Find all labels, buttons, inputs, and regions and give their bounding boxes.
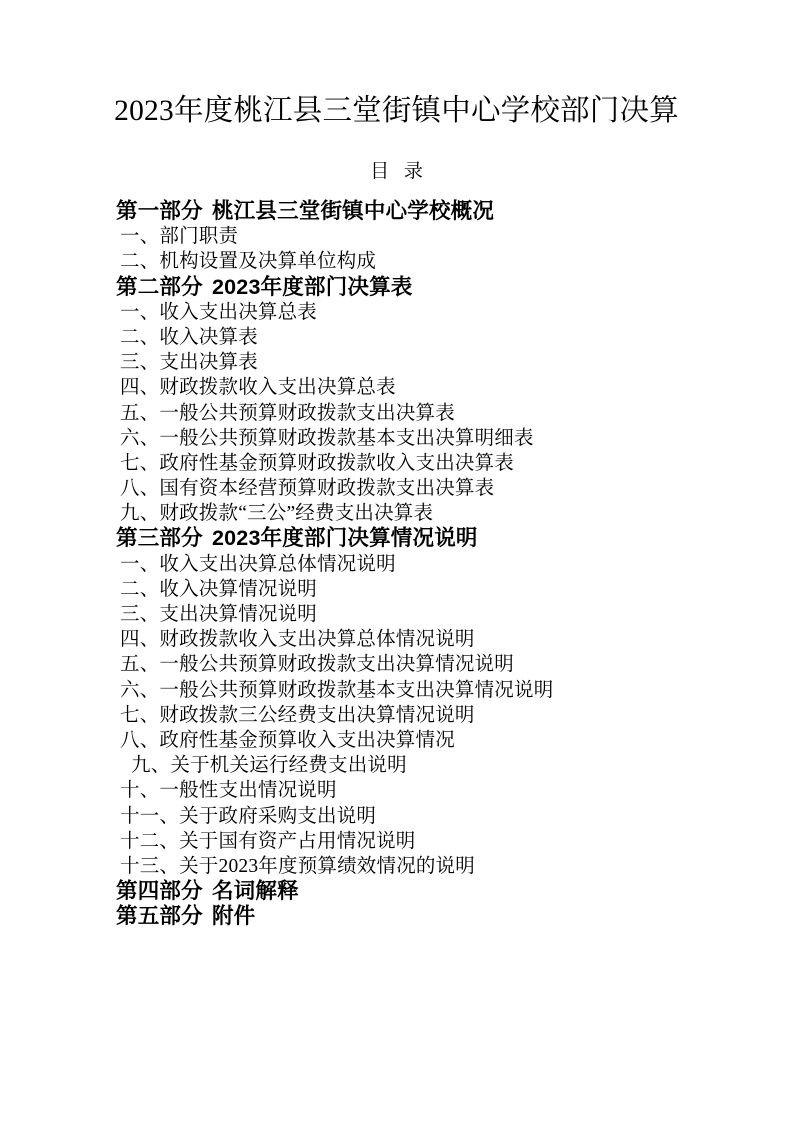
toc-item: 四、财政拨款收入支出决算总体情况说明 [116, 627, 753, 652]
document-page: 2023年度桃江县三堂街镇中心学校部门决算 目 录 第一部分 桃江县三堂街镇中心… [0, 0, 793, 1122]
toc-section-heading: 第五部分 附件 [116, 904, 753, 929]
toc-item: 九、财政拨款“三公”经费支出决算表 [116, 501, 753, 526]
toc-item: 二、收入决算情况说明 [116, 577, 753, 602]
toc-label: 目 录 [0, 160, 793, 184]
toc-item: 九、关于机关运行经费支出说明 [116, 753, 753, 778]
toc-item: 六、一般公共预算财政拨款基本支出决算情况说明 [116, 678, 753, 703]
toc-item: 二、收入决算表 [116, 325, 753, 350]
document-title: 2023年度桃江县三堂街镇中心学校部门决算 [0, 93, 793, 129]
toc-item: 四、财政拨款收入支出决算总表 [116, 375, 753, 400]
toc-item: 一、部门职责 [116, 224, 753, 249]
toc-section-heading: 第三部分 2023年度部门决算情况说明 [116, 526, 753, 551]
toc-item: 五、一般公共预算财政拨款支出决算表 [116, 401, 753, 426]
toc-list: 第一部分 桃江县三堂街镇中心学校概况一、部门职责二、机构设置及决算单位构成第二部… [116, 199, 753, 929]
toc-section-heading: 第一部分 桃江县三堂街镇中心学校概况 [116, 199, 753, 224]
toc-item: 三、支出决算情况说明 [116, 602, 753, 627]
toc-item: 十一、关于政府采购支出说明 [116, 804, 753, 829]
toc-item: 七、政府性基金预算财政拨款收入支出决算表 [116, 451, 753, 476]
toc-item: 八、政府性基金预算收入支出决算情况 [116, 728, 753, 753]
toc-section-heading: 第四部分 名词解释 [116, 879, 753, 904]
toc-item: 八、国有资本经营预算财政拨款支出决算表 [116, 476, 753, 501]
toc-item: 二、机构设置及决算单位构成 [116, 249, 753, 274]
toc-item: 一、收入支出决算总体情况说明 [116, 552, 753, 577]
toc-item: 六、一般公共预算财政拨款基本支出决算明细表 [116, 426, 753, 451]
toc-section-heading: 第二部分 2023年度部门决算表 [116, 275, 753, 300]
toc-item: 十、一般性支出情况说明 [116, 778, 753, 803]
toc-item: 七、财政拨款三公经费支出决算情况说明 [116, 703, 753, 728]
toc-item: 一、收入支出决算总表 [116, 300, 753, 325]
toc-item: 三、支出决算表 [116, 350, 753, 375]
toc-item: 五、一般公共预算财政拨款支出决算情况说明 [116, 652, 753, 677]
toc-item: 十二、关于国有资产占用情况说明 [116, 829, 753, 854]
toc-item: 十三、关于2023年度预算绩效情况的说明 [116, 854, 753, 879]
